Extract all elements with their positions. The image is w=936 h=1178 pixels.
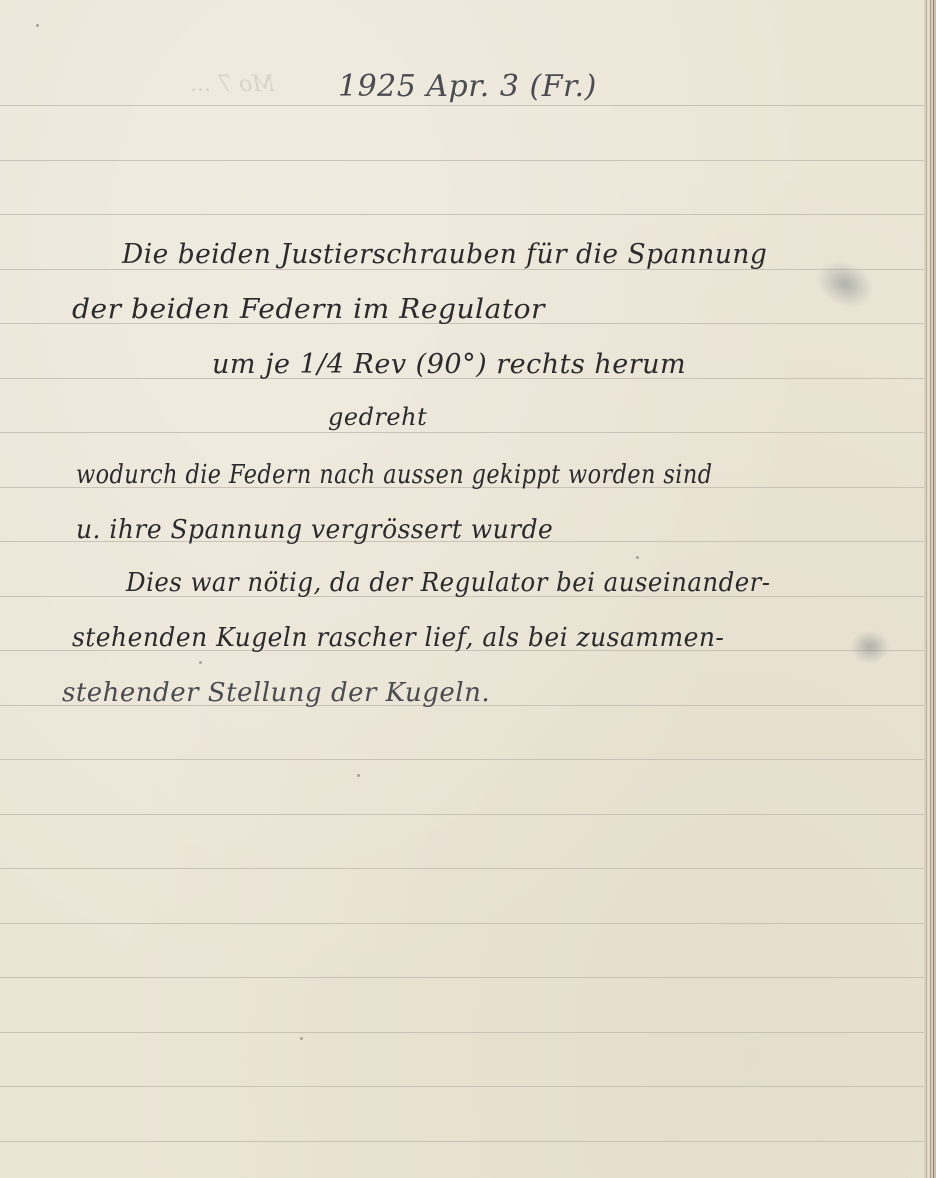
ruled-line [0,977,925,978]
page-edge-gutter [924,0,936,1178]
ruled-line [0,105,925,106]
paper-speck [199,661,202,664]
ruled-line [0,432,925,433]
ruled-line [0,1141,925,1142]
entry-line-2: der beiden Federn im Regulator [72,295,545,325]
entry-line-7: Dies war nötig, da der Regulator bei aus… [126,568,771,598]
entry-line-5: wodurch die Federn nach aussen gekippt w… [76,460,712,490]
ruled-line [0,868,925,869]
entry-line-8: stehenden Kugeln rascher lief, als bei z… [72,623,724,653]
date-heading: 1925 Apr. 3 (Fr.) [338,72,597,102]
ruled-line [0,923,925,924]
ruled-line [0,1032,925,1033]
entry-line-3: um je 1/4 Rev (90°) rechts herum [212,350,686,380]
paper-speck [300,1037,303,1040]
paper-speck [357,774,360,777]
paper-speck [636,556,639,559]
ruled-line [0,160,925,161]
entry-line-9: stehender Stellung der Kugeln. [62,678,490,708]
entry-line-4: gedreht [328,402,427,432]
ruled-line [0,214,925,215]
entry-line-1: Die beiden Justierschrauben für die Span… [122,240,767,270]
paper-speck [36,24,39,27]
ink-smudge [850,630,890,664]
ruled-line [0,759,925,760]
entry-line-6: u. ihre Spannung vergrössert wurde [76,515,553,545]
ruled-line [0,814,925,815]
notebook-page: Mo 7 ... 1925 Apr. 3 (Fr.) Die beiden Ju… [0,0,936,1178]
bleed-through-text: Mo 7 ... [190,72,275,97]
ruled-line [0,1086,925,1087]
